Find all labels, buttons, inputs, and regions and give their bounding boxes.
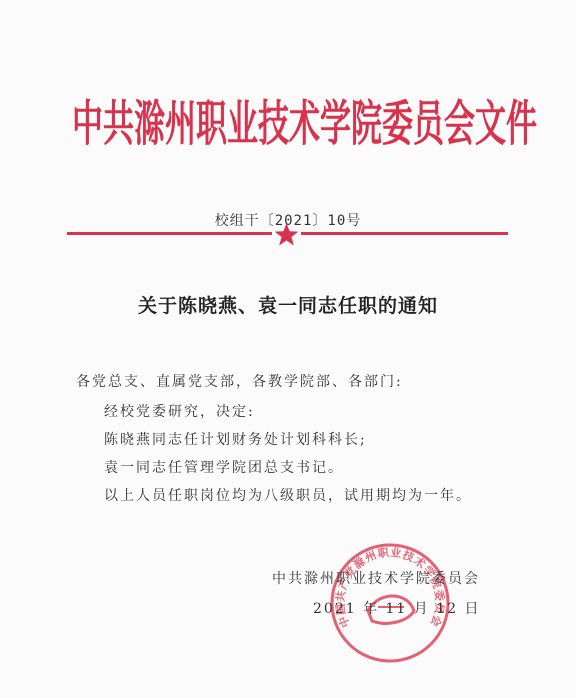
body-paragraph: 经校党委研究，决定:	[104, 401, 255, 421]
issue-date: 2021 年 11 月 12 日	[313, 598, 481, 618]
document-page: 中共滁州职业技术学院委员会文件 校组干〔2021〕10号 关于陈晓燕、袁一同志任…	[0, 0, 576, 698]
issuer-name: 中共滁州职业技术学院委员会	[272, 568, 480, 588]
header-divider-left	[67, 232, 272, 235]
body-paragraph: 以上人员任职岗位均为八级职员，试用期均为一年。	[104, 485, 472, 505]
star-icon	[274, 222, 299, 247]
salutation: 各党总支、直属党支部，各教学院部、各部门:	[76, 371, 403, 391]
notice-heading: 关于陈晓燕、袁一同志任职的通知	[0, 291, 576, 318]
body-paragraph: 袁一同志任管理学院团总支书记。	[104, 457, 344, 477]
document-header-title: 中共滁州职业技术学院委员会文件	[72, 84, 504, 154]
body-paragraph: 陈晓燕同志任计划财务处计划科科长;	[104, 429, 367, 449]
header-divider-right	[301, 232, 508, 235]
